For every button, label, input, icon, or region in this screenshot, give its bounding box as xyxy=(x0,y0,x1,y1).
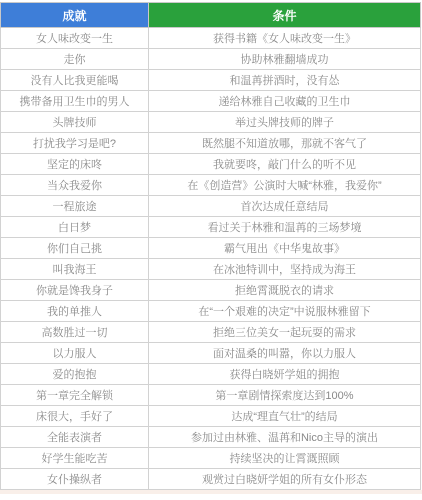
achievement-cell: 携带备用卫生巾的男人 xyxy=(1,91,149,112)
condition-cell: 面对温桑的叫嚣，你以力服人 xyxy=(149,343,421,364)
page-bottom-strip xyxy=(0,490,422,494)
table-row: 第一章完全解锁 第一章剧情探索度达到100% xyxy=(1,385,421,406)
achievement-cell: 你就是馋我身子 xyxy=(1,280,149,301)
achievements-table: 成就 条件 女人味改变一生 获得书籍《女人味改变一生》 走你 协助林雅翻墙成功 … xyxy=(0,2,421,490)
table-row: 女仆操纵者 观赏过白晓妍学姐的所有女仆形态 xyxy=(1,469,421,490)
achievement-cell: 没有人比我更能喝 xyxy=(1,70,149,91)
condition-cell: 举过头牌技师的牌子 xyxy=(149,112,421,133)
achievement-cell: 女人味改变一生 xyxy=(1,28,149,49)
condition-cell: 霸气甩出《中华鬼故事》 xyxy=(149,238,421,259)
table-row: 你们自己挑 霸气甩出《中华鬼故事》 xyxy=(1,238,421,259)
table-row: 你就是馋我身子 拒绝霄溉脱衣的请求 xyxy=(1,280,421,301)
achievement-cell: 打扰我学习是吧? xyxy=(1,133,149,154)
page: 成就 条件 女人味改变一生 获得书籍《女人味改变一生》 走你 协助林雅翻墙成功 … xyxy=(0,0,422,500)
table-row: 走你 协助林雅翻墙成功 xyxy=(1,49,421,70)
achievement-cell: 一程旅途 xyxy=(1,196,149,217)
table-row: 好学生能吃苦 持续坚决的让霄溉照顾 xyxy=(1,448,421,469)
condition-cell: 参加过由林雅、温苒和Nico主导的演出 xyxy=(149,427,421,448)
condition-cell: 协助林雅翻墙成功 xyxy=(149,49,421,70)
achievement-cell: 女仆操纵者 xyxy=(1,469,149,490)
achievement-cell: 你们自己挑 xyxy=(1,238,149,259)
table-row: 叫我海王 在冰池特训中，坚持成为海王 xyxy=(1,259,421,280)
condition-cell: 获得白晓妍学姐的拥抱 xyxy=(149,364,421,385)
table-row: 全能表演者 参加过由林雅、温苒和Nico主导的演出 xyxy=(1,427,421,448)
achievement-cell: 走你 xyxy=(1,49,149,70)
table-row: 以力服人 面对温桑的叫嚣，你以力服人 xyxy=(1,343,421,364)
table-row: 一程旅途 首次达成任意结局 xyxy=(1,196,421,217)
condition-cell: 拒绝三位美女一起玩耍的需求 xyxy=(149,322,421,343)
condition-cell: 看过关于林雅和温苒的三场梦境 xyxy=(149,217,421,238)
achievement-cell: 高数胜过一切 xyxy=(1,322,149,343)
achievement-cell: 全能表演者 xyxy=(1,427,149,448)
achievement-cell: 我的单推人 xyxy=(1,301,149,322)
condition-cell: 在冰池特训中，坚持成为海王 xyxy=(149,259,421,280)
table-row: 白日梦 看过关于林雅和温苒的三场梦境 xyxy=(1,217,421,238)
condition-cell: 第一章剧情探索度达到100% xyxy=(149,385,421,406)
table-row: 当众我爱你 在《创造营》公演时大喊“林雅，我爱你” xyxy=(1,175,421,196)
condition-cell: 和温苒拼酒时，没有怂 xyxy=(149,70,421,91)
condition-cell: 我就要咚，敲门什么的听不见 xyxy=(149,154,421,175)
table-row: 坚定的床咚 我就要咚，敲门什么的听不见 xyxy=(1,154,421,175)
table-body: 女人味改变一生 获得书籍《女人味改变一生》 走你 协助林雅翻墙成功 没有人比我更… xyxy=(1,28,421,490)
achievement-cell: 床很大，手好了 xyxy=(1,406,149,427)
condition-cell: 首次达成任意结局 xyxy=(149,196,421,217)
condition-cell: 在“一个艰难的决定”中说服林雅留下 xyxy=(149,301,421,322)
table-row: 打扰我学习是吧? 既然腿不知道放哪，那就不客气了 xyxy=(1,133,421,154)
condition-cell: 拒绝霄溉脱衣的请求 xyxy=(149,280,421,301)
table-row: 我的单推人 在“一个艰难的决定”中说服林雅留下 xyxy=(1,301,421,322)
achievement-cell: 以力服人 xyxy=(1,343,149,364)
achievement-cell: 第一章完全解锁 xyxy=(1,385,149,406)
table-row: 高数胜过一切 拒绝三位美女一起玩耍的需求 xyxy=(1,322,421,343)
condition-cell: 持续坚决的让霄溉照顾 xyxy=(149,448,421,469)
achievement-cell: 坚定的床咚 xyxy=(1,154,149,175)
condition-cell: 获得书籍《女人味改变一生》 xyxy=(149,28,421,49)
condition-cell: 递给林雅自己收藏的卫生巾 xyxy=(149,91,421,112)
table-header: 成就 条件 xyxy=(1,3,421,28)
table-row: 女人味改变一生 获得书籍《女人味改变一生》 xyxy=(1,28,421,49)
achievement-cell: 叫我海王 xyxy=(1,259,149,280)
condition-cell: 达成“理直气壮”的结局 xyxy=(149,406,421,427)
header-row: 成就 条件 xyxy=(1,3,421,28)
achievement-cell: 头牌技师 xyxy=(1,112,149,133)
achievement-cell: 当众我爱你 xyxy=(1,175,149,196)
achievement-cell: 白日梦 xyxy=(1,217,149,238)
table-row: 爱的抱抱 获得白晓妍学姐的拥抱 xyxy=(1,364,421,385)
condition-cell: 既然腿不知道放哪，那就不客气了 xyxy=(149,133,421,154)
achievement-cell: 好学生能吃苦 xyxy=(1,448,149,469)
condition-cell: 在《创造营》公演时大喊“林雅，我爱你” xyxy=(149,175,421,196)
table-row: 携带备用卫生巾的男人 递给林雅自己收藏的卫生巾 xyxy=(1,91,421,112)
achievement-cell: 爱的抱抱 xyxy=(1,364,149,385)
column-header-achievement: 成就 xyxy=(1,3,149,28)
condition-cell: 观赏过白晓妍学姐的所有女仆形态 xyxy=(149,469,421,490)
table-row: 头牌技师 举过头牌技师的牌子 xyxy=(1,112,421,133)
column-header-condition: 条件 xyxy=(149,3,421,28)
table-row: 没有人比我更能喝 和温苒拼酒时，没有怂 xyxy=(1,70,421,91)
table-row: 床很大，手好了 达成“理直气壮”的结局 xyxy=(1,406,421,427)
